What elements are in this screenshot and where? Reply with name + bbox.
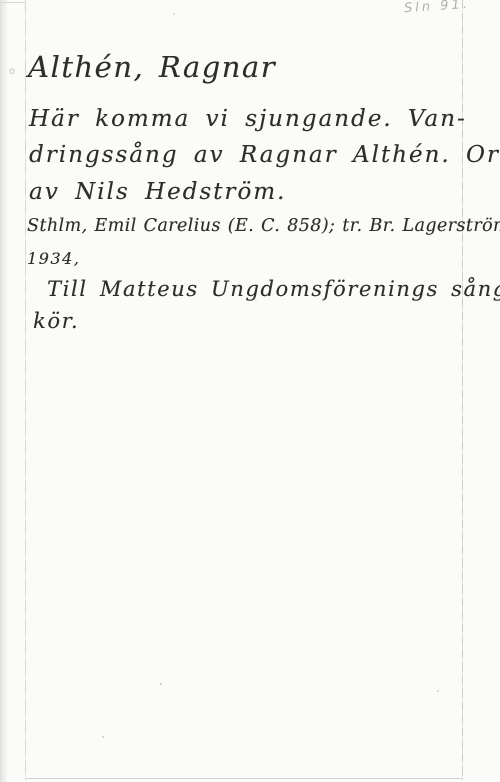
title-line-3: av Nils Hedström. — [29, 179, 286, 205]
entry-heading-author: Althén, Ragnar — [28, 50, 276, 84]
margin-pencil-mark: o — [9, 66, 15, 77]
dedication-line-2: kör. — [33, 309, 79, 333]
bottom-rule — [25, 778, 463, 779]
left-margin-rule — [25, 0, 26, 780]
paper-speck — [102, 736, 104, 738]
imprint-line: Sthlm, Emil Carelius (E. C. 858); tr. Br… — [27, 216, 500, 236]
imprint-year: 1934, — [27, 249, 80, 268]
title-line-2: dringssång av Ragnar Althén. Ord — [29, 142, 500, 168]
title-line-1: Här komma vi sjungande. Van- — [29, 106, 467, 132]
scanned-catalog-card: Sln 91. o Althén, Ragnar Här komma vi sj… — [0, 0, 500, 782]
scan-left-edge — [0, 0, 7, 782]
paper-speck — [160, 683, 162, 685]
paper-speck — [437, 690, 439, 692]
paper-speck — [173, 13, 175, 15]
shelfmark-pencil-note: Sln 91. — [404, 0, 471, 16]
dedication-line-1: Till Matteus Ungdomsförenings sång- — [47, 277, 500, 301]
top-left-tick — [0, 2, 26, 3]
